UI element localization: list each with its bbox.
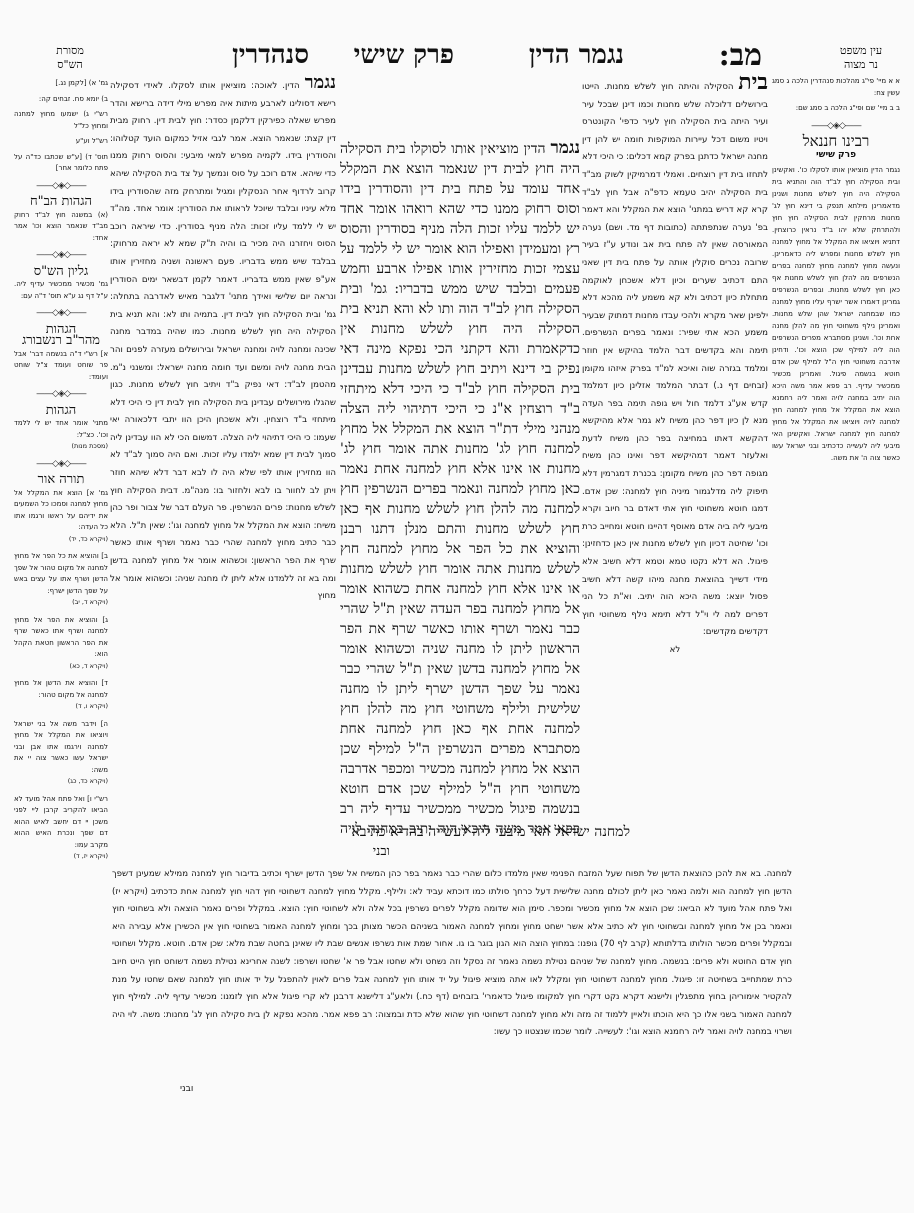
torah-or-verse: ג] והוציא את הפר אל מחוץ למחנה ושרף אתו … (14, 615, 108, 661)
masoret-note: ב) יומא סח. זבחים קה: (14, 94, 108, 106)
perek-title: פרק שישי (354, 40, 454, 70)
ein-mishpat-note: א א מיי' פי"ג מהלכות סנהדרין הלכה ג סמג … (772, 76, 900, 99)
torah-or-verse: ה] וידבר משה אל בני ישראל ויוציאו את המק… (14, 719, 108, 777)
masoret-note: רש"ל וע"ע (14, 136, 108, 148)
verse-ref: (ויקרא כד, כג) (14, 776, 108, 788)
ornament-divider: ——◇◈◇—— (14, 459, 108, 471)
ornament-divider: ——◇◈◇—— (14, 250, 108, 262)
gemara-last-line: למחנה ישראל האי מיבעי ליה לעשייה בהדיא כ… (290, 822, 630, 842)
hagahot-ref: (מסכת מנות) (14, 441, 108, 453)
gemara-catchword: ובני (330, 842, 390, 862)
verse-ref: (ויקרא כד, יד) (14, 534, 108, 546)
rashi-column: נגמר הדין. לאוכה: מוציאין אותו לסקלו. לא… (110, 74, 336, 864)
rashi-bottom-continuation: למחנה. בא את להכן כהוצאת הדשן של תפוח שע… (112, 866, 792, 1081)
gemara-column: נגמר הדין מוציאין אותו לסוקלו בית הסקילה… (340, 138, 580, 838)
ornament-divider: ——◇◈◇—— (14, 389, 108, 401)
perek-label: פרק שישי (772, 150, 900, 162)
gemara-opening-word: נגמר (550, 138, 580, 158)
verse-ref: (ויקרא יז, ד) (14, 851, 108, 863)
tosafot-text: הסקילה והיתה חוץ לשלש מחנות. הייטו בירוש… (582, 82, 768, 637)
page-header: עין משפט נר מצוה מב: נגמר הדין פרק שישי … (0, 38, 914, 78)
gemara-line: למחנה מה להלן חוץ לשלש מחנות אף (365, 501, 580, 517)
verse-ref: (ויקרא ו, ד) (14, 701, 108, 713)
hagahot-bach-text: (א) במשנה חוץ לב"ד רחוק מב"ד שנאמר הוצא … (14, 210, 108, 245)
gemara-line: רץ ומעמידן ואפילו הוא אומר יש לי ללמד (359, 241, 580, 257)
verse-ref: (ויקרא ד, יב) (14, 597, 108, 609)
tractate-title: סנהדרין (232, 40, 309, 70)
gemara-line: מחוץ למחנה ונאמר בפרים הנשרפין חוץ (340, 481, 556, 497)
tosafot-column: בית הסקילה והיתה חוץ לשלש מחנות. הייטו ב… (582, 74, 768, 794)
verse-ref: (ויקרא ד, כא) (14, 661, 108, 673)
rashi-bottom-text: למחנה. בא את להכן כהוצאת הדשן של תפוח שע… (112, 869, 792, 1037)
gemara-line: הדין מוציאין אותו לסוקלו בית (387, 141, 546, 157)
chapter-title: נגמר הדין (529, 40, 624, 70)
torah-or-verse: רש"י ו] ואל פתח אהל מועד לא הביאו להקריב… (14, 794, 108, 852)
masoret-note: תוס' ד) [ע"ש שכתבו כד"ה על פתח כלומר אחר… (14, 152, 108, 175)
page-number: מב: (719, 38, 762, 73)
rabbeinu-chananel-text: נגמר הדין מוציאין אותו לסקלו כו'. ואקשינ… (772, 164, 900, 464)
ornament-divider: ——◇◈◇—— (14, 181, 108, 193)
tosafot-opening-word: בית (738, 74, 768, 95)
hagahot-text: מתני' אומר אחד יש לי ללמד וכו'. כצ"ל: (14, 418, 108, 441)
torah-or-verse: ד] והוציא את הדשן אל מחוץ למחנה אל מקום … (14, 678, 108, 701)
rashi-opening-word: נגמר (305, 74, 336, 93)
gilyon-hashas-title: גליון הש"ס (14, 266, 108, 278)
masoret-note: רש"י ג) ישמעו מחוץ למחנה ומחוץ כל"ל (14, 109, 108, 132)
gemara-line: אל מחוץ למחנה בדשן שאין ת"ל שהרי (366, 661, 580, 677)
gemara-text: נגמר הדין מוציאין אותו לסוקלו בית הסקילה… (340, 138, 580, 838)
gemara-line: הראשון ליתן לו מחנה שניה וכשהוא אומר (340, 641, 580, 657)
hagahot-text: א] רש"י ד"ה בנשמה דבר' אבל פר שוחט ועומד… (14, 349, 108, 384)
hagahot-subtitle: מהר"ב רנשבורג (14, 335, 108, 347)
tosafot-catchword: לא (582, 642, 768, 660)
ein-mishpat-label: עין משפט נר מצוה (826, 44, 896, 72)
gemara-line: ללמד עליו זכות הלה מניף בסודרין והסוס (340, 221, 561, 237)
torah-or-verse: ב] והוציא את כל הפר אל מחוץ למחנה אל מקו… (14, 551, 108, 597)
rashi-text: הדין. לאוכה: מוציאין אותו לסקלו. לאידי ד… (110, 81, 336, 601)
rabbeinu-chananel-title: רבינו חננאל (772, 136, 900, 148)
ein-mishpat-note: ב ב מיי' שם ופי"ג הלכה ב סמג שם: (772, 103, 900, 115)
masoret-label: מסורת הש"ס (40, 44, 100, 72)
ornament-divider: ——◇◈◇—— (14, 308, 108, 320)
page-catchword: ובני (180, 1084, 193, 1094)
torah-or-title: תורה אור (14, 474, 108, 486)
gilyon-hashas-text: גמ' מכשיר ממכשיר עדיף ליה. ע"ל דף נג ע"א… (14, 279, 108, 302)
masoret-note: גמ' א) [לקמן נג.] (14, 78, 108, 90)
hagahot-title: הגהות (14, 405, 108, 417)
left-margin: גמ' א) [לקמן נג.] ב) יומא סח. זבחים קה: … (14, 78, 108, 878)
torah-or-verse: גמ' א] הוצא את המקלל אל מחוץ למחנה וסמכו… (14, 488, 108, 534)
ornament-divider: ——◇◈◇—— (772, 121, 900, 133)
hagahot-bach-title: הגהות הב"ח (14, 196, 108, 208)
right-margin: א א מיי' פי"ג מהלכות סנהדרין הלכה ג סמג … (772, 76, 900, 836)
gemara-line: נאמר ושרף אותו כאשר שרף את הפר (340, 621, 553, 637)
